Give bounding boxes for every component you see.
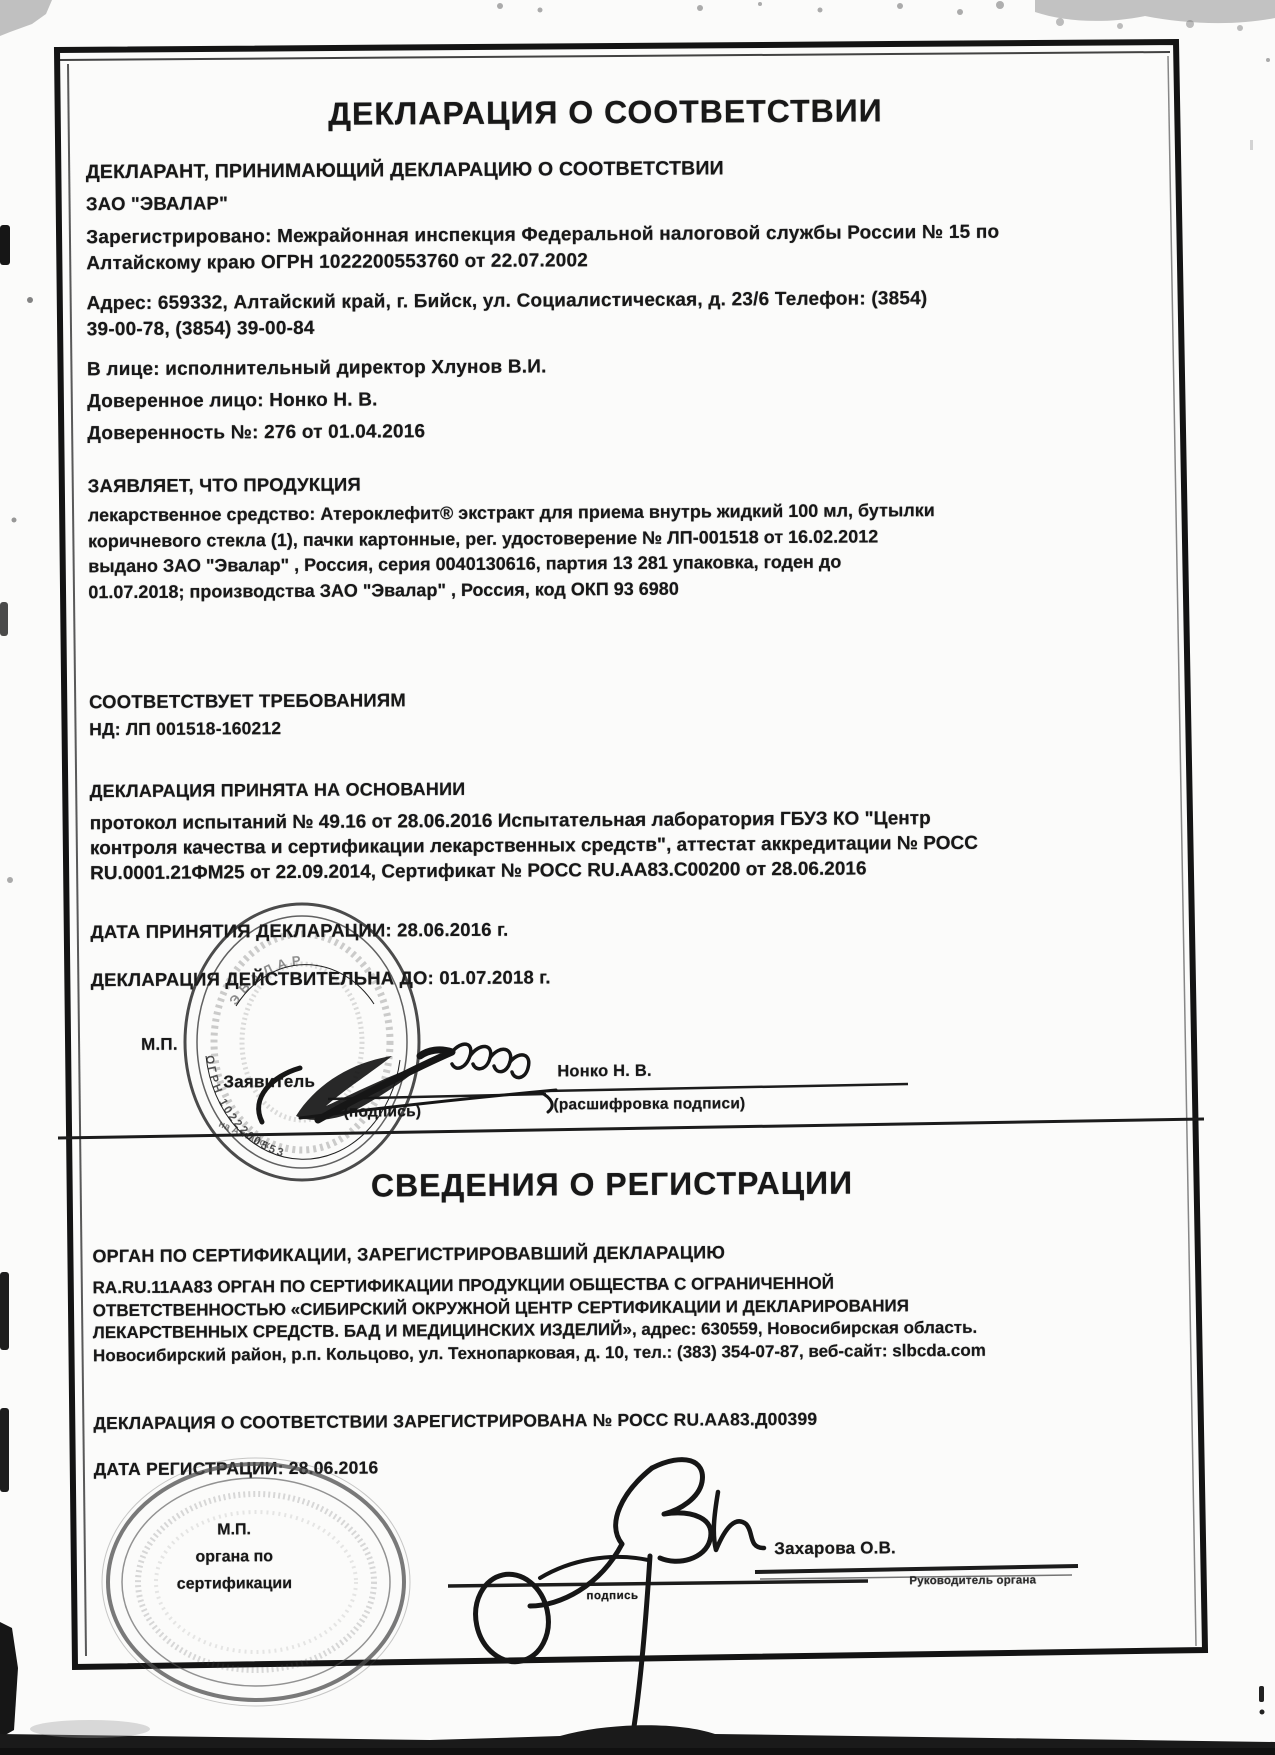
declarant-heading: ДЕКЛАРАНТ, ПРИНИМАЮЩИЙ ДЕКЛАРАЦИЮ О СООТ… xyxy=(86,157,724,184)
product-heading: ЗАЯВЛЯЕТ, ЧТО ПРОДУКЦИЯ xyxy=(88,474,361,498)
registration-date: ДАТА РЕГИСТРАЦИИ: 28.06.2016 xyxy=(94,1457,379,1480)
head-name: Захарова О.В. xyxy=(774,1538,896,1559)
document-page: ДЕКЛАРАЦИЯ О СООТВЕТСТВИИ ДЕКЛАРАНТ, ПРИ… xyxy=(0,0,1275,1755)
bottom-mp-label: М.П. xyxy=(134,1516,334,1544)
product-line: выдано ЗАО "Эвалар" , Россия, серия 0040… xyxy=(88,549,935,580)
valid-until: ДЕКЛАРАЦИЯ ДЕЙСТВИТЕЛЬНА ДО: 01.07.2018 … xyxy=(91,966,551,991)
signature-caption: (подпись) xyxy=(343,1103,421,1121)
declarant-name: ЗАО "ЭВАЛАР" xyxy=(86,192,228,215)
signer-name: Нонко Н. В. xyxy=(557,1062,652,1082)
product-line: 01.07.2018; производства ЗАО "Эвалар" , … xyxy=(88,575,935,606)
document-title: ДЕКЛАРАЦИЯ О СООТВЕТСТВИИ xyxy=(85,91,1125,134)
bottom-mp-line3: сертификации xyxy=(134,1570,334,1598)
compliance-heading: СООТВЕТСТВУЕТ ТРЕБОВАНИЯМ xyxy=(89,689,406,713)
basis-line: RU.0001.21ФМ25 от 22.09.2014, Сертификат… xyxy=(90,856,978,886)
applicant-label: Заявитель xyxy=(223,1072,315,1093)
declarant-address-line1: Адрес: 659332, Алтайский край, г. Бийск,… xyxy=(87,288,928,315)
declarant-trustee: Доверенное лицо: Нонко Н. В. xyxy=(87,389,378,413)
basis-heading: ДЕКЛАРАЦИЯ ПРИНЯТА НА ОСНОВАНИИ xyxy=(90,779,466,802)
declarant-registered-line1: Зарегистрировано: Межрайонная инспекция … xyxy=(86,222,999,250)
head-caption: Руководитель органа xyxy=(909,1574,1036,1587)
registration-heading: СВЕДЕНИЯ О РЕГИСТРАЦИИ xyxy=(92,1163,1132,1206)
registration-body: RA.RU.11АА83 ОРГАН ПО СЕРТИФИКАЦИИ ПРОДУ… xyxy=(93,1272,986,1367)
registration-body-line: Новосибирский район, р.п. Кольцово, ул. … xyxy=(93,1339,986,1367)
registration-number: ДЕКЛАРАЦИЯ О СООТВЕТСТВИИ ЗАРЕГИСТРИРОВА… xyxy=(93,1409,817,1434)
bottom-mp-line2: органа по xyxy=(134,1543,334,1571)
decryption-caption: (расшифровка подписи) xyxy=(553,1095,745,1114)
stamp-place-label: М.П. xyxy=(141,1035,178,1055)
product-paragraph: лекарственное средство: Атероклефит® экс… xyxy=(88,498,936,605)
compliance-nd: НД: ЛП 001518-160212 xyxy=(89,718,281,740)
registration-body-heading: ОРГАН ПО СЕРТИФИКАЦИИ, ЗАРЕГИСТРИРОВАВШИ… xyxy=(92,1242,725,1267)
declarant-power-of-attorney: Доверенность №: 276 от 01.04.2016 xyxy=(87,421,425,445)
bottom-stamp-place-block: М.П. органа по сертификации xyxy=(134,1516,334,1598)
bottom-signature-caption: подпись xyxy=(586,1590,638,1602)
date-of-adoption: ДАТА ПРИНЯТИЯ ДЕКЛАРАЦИИ: 28.06.2016 г. xyxy=(90,919,508,944)
basis-paragraph: протокол испытаний № 49.16 от 28.06.2016… xyxy=(90,806,978,886)
declarant-represented-by: В лице: исполнительный директор Хлунов В… xyxy=(87,356,547,381)
declarant-address-line2: 39-00-78, (3854) 39-00-84 xyxy=(87,318,315,341)
document-content: ДЕКЛАРАЦИЯ О СООТВЕТСТВИИ ДЕКЛАРАНТ, ПРИ… xyxy=(0,0,1275,1755)
declarant-registered-line2: Алтайскому краю ОГРН 1022200553760 от 22… xyxy=(86,250,588,275)
